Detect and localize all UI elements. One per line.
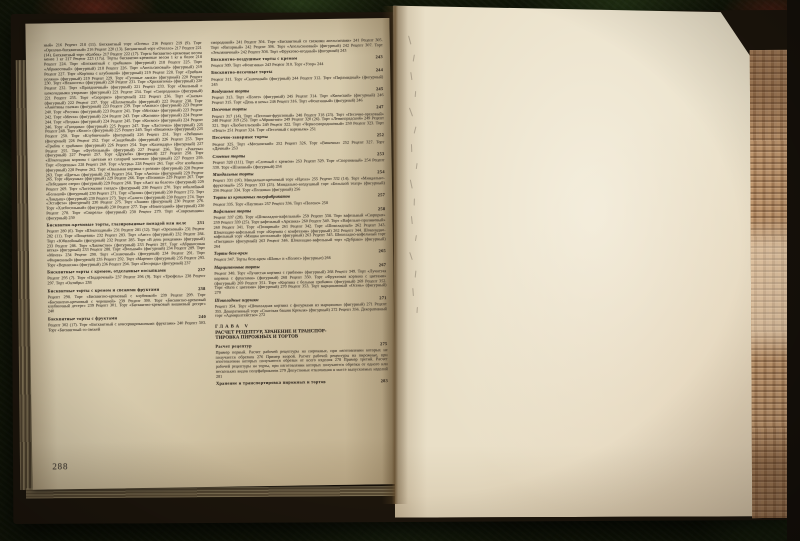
toc-entries: Пример первый. Расчет рабочей рецептуры …	[216, 348, 388, 379]
toc-entries: ный» 216 Рецепт 218 (11). Бисквитный тор…	[44, 41, 205, 221]
cover-frame-right	[787, 0, 800, 541]
toc-entries: Рецепт 309. Торт «Фонтанка» 243 Рецепт 3…	[211, 61, 383, 68]
toc-entries: Рецепт 337 (28). Торт «Шоколадно-вафельн…	[213, 213, 386, 249]
toc-entries: Рецепт 328 (111). Торт «Слоеный с кремом…	[213, 158, 385, 170]
toc-entries: Рецепт 302 (17). Торт «Бисквитный с конс…	[48, 321, 206, 333]
toc-entries: Рецепт 331 (16). Миндально-кремовый торт…	[213, 176, 385, 193]
toc-entries: Рецепт 354. Торт «Шоколадная корзина с ф…	[215, 302, 387, 319]
toc-section-heading: Хранение и транспортировка пирожных и то…	[216, 379, 388, 386]
toc-entries: Рецепт 311. Торт «Сказочный» (фигурный) …	[211, 75, 383, 87]
right-page-blank	[393, 4, 755, 517]
toc-entries: смородиной» 241 Рецепт 304. Торт «Бискви…	[211, 38, 383, 55]
toc-entries: Рецепт 280 (6). Торт «Шоколадный» 231 Ре…	[47, 227, 206, 268]
toc-entries: Рецепт 347. Торты безе-крем «Шань» и «По…	[214, 256, 386, 263]
book-photo: ный» 216 Рецепт 218 (11). Бисквитный тор…	[0, 0, 800, 541]
book-gutter-shadow	[382, 6, 408, 504]
toc-entries: Рецепт 325. Торт «Московский» 252 Рецепт…	[212, 140, 384, 152]
toc-column-right: смородиной» 241 Рецепт 304. Торт «Бискви…	[211, 38, 388, 388]
chapter-heading: ГЛАВА VРАСЧЕТ РЕЦЕПТУР, ХРАНЕНИЕ И ТРАНС…	[215, 321, 387, 341]
toc-entries: Рецепт 335. Торт «Паутина» 257 Рецепт 33…	[213, 200, 385, 207]
toc-entries: Рецепт 298. Торт «Бисквитно-кремовый с к…	[48, 293, 206, 315]
toc-column-left: ный» 216 Рецепт 218 (11). Бисквитный тор…	[44, 41, 207, 334]
toc-entries: Рецепт 317 (14). Торт «Песочно-фруктовый…	[212, 112, 384, 134]
toc-entries: Рецепт 348. Торт «Лучистая корзина с гри…	[214, 269, 386, 296]
left-page: ный» 216 Рецепт 218 (11). Бисквитный тор…	[25, 18, 396, 490]
toc-entries: Рецепт 313. Торт «Полет» (фигурный) 245 …	[212, 93, 384, 105]
toc-entries: Рецепт 295 (7). Торт «Подарочный» 237 Ре…	[47, 274, 205, 286]
page-number: 288	[52, 461, 68, 471]
cloth-cover-edge	[750, 50, 790, 518]
